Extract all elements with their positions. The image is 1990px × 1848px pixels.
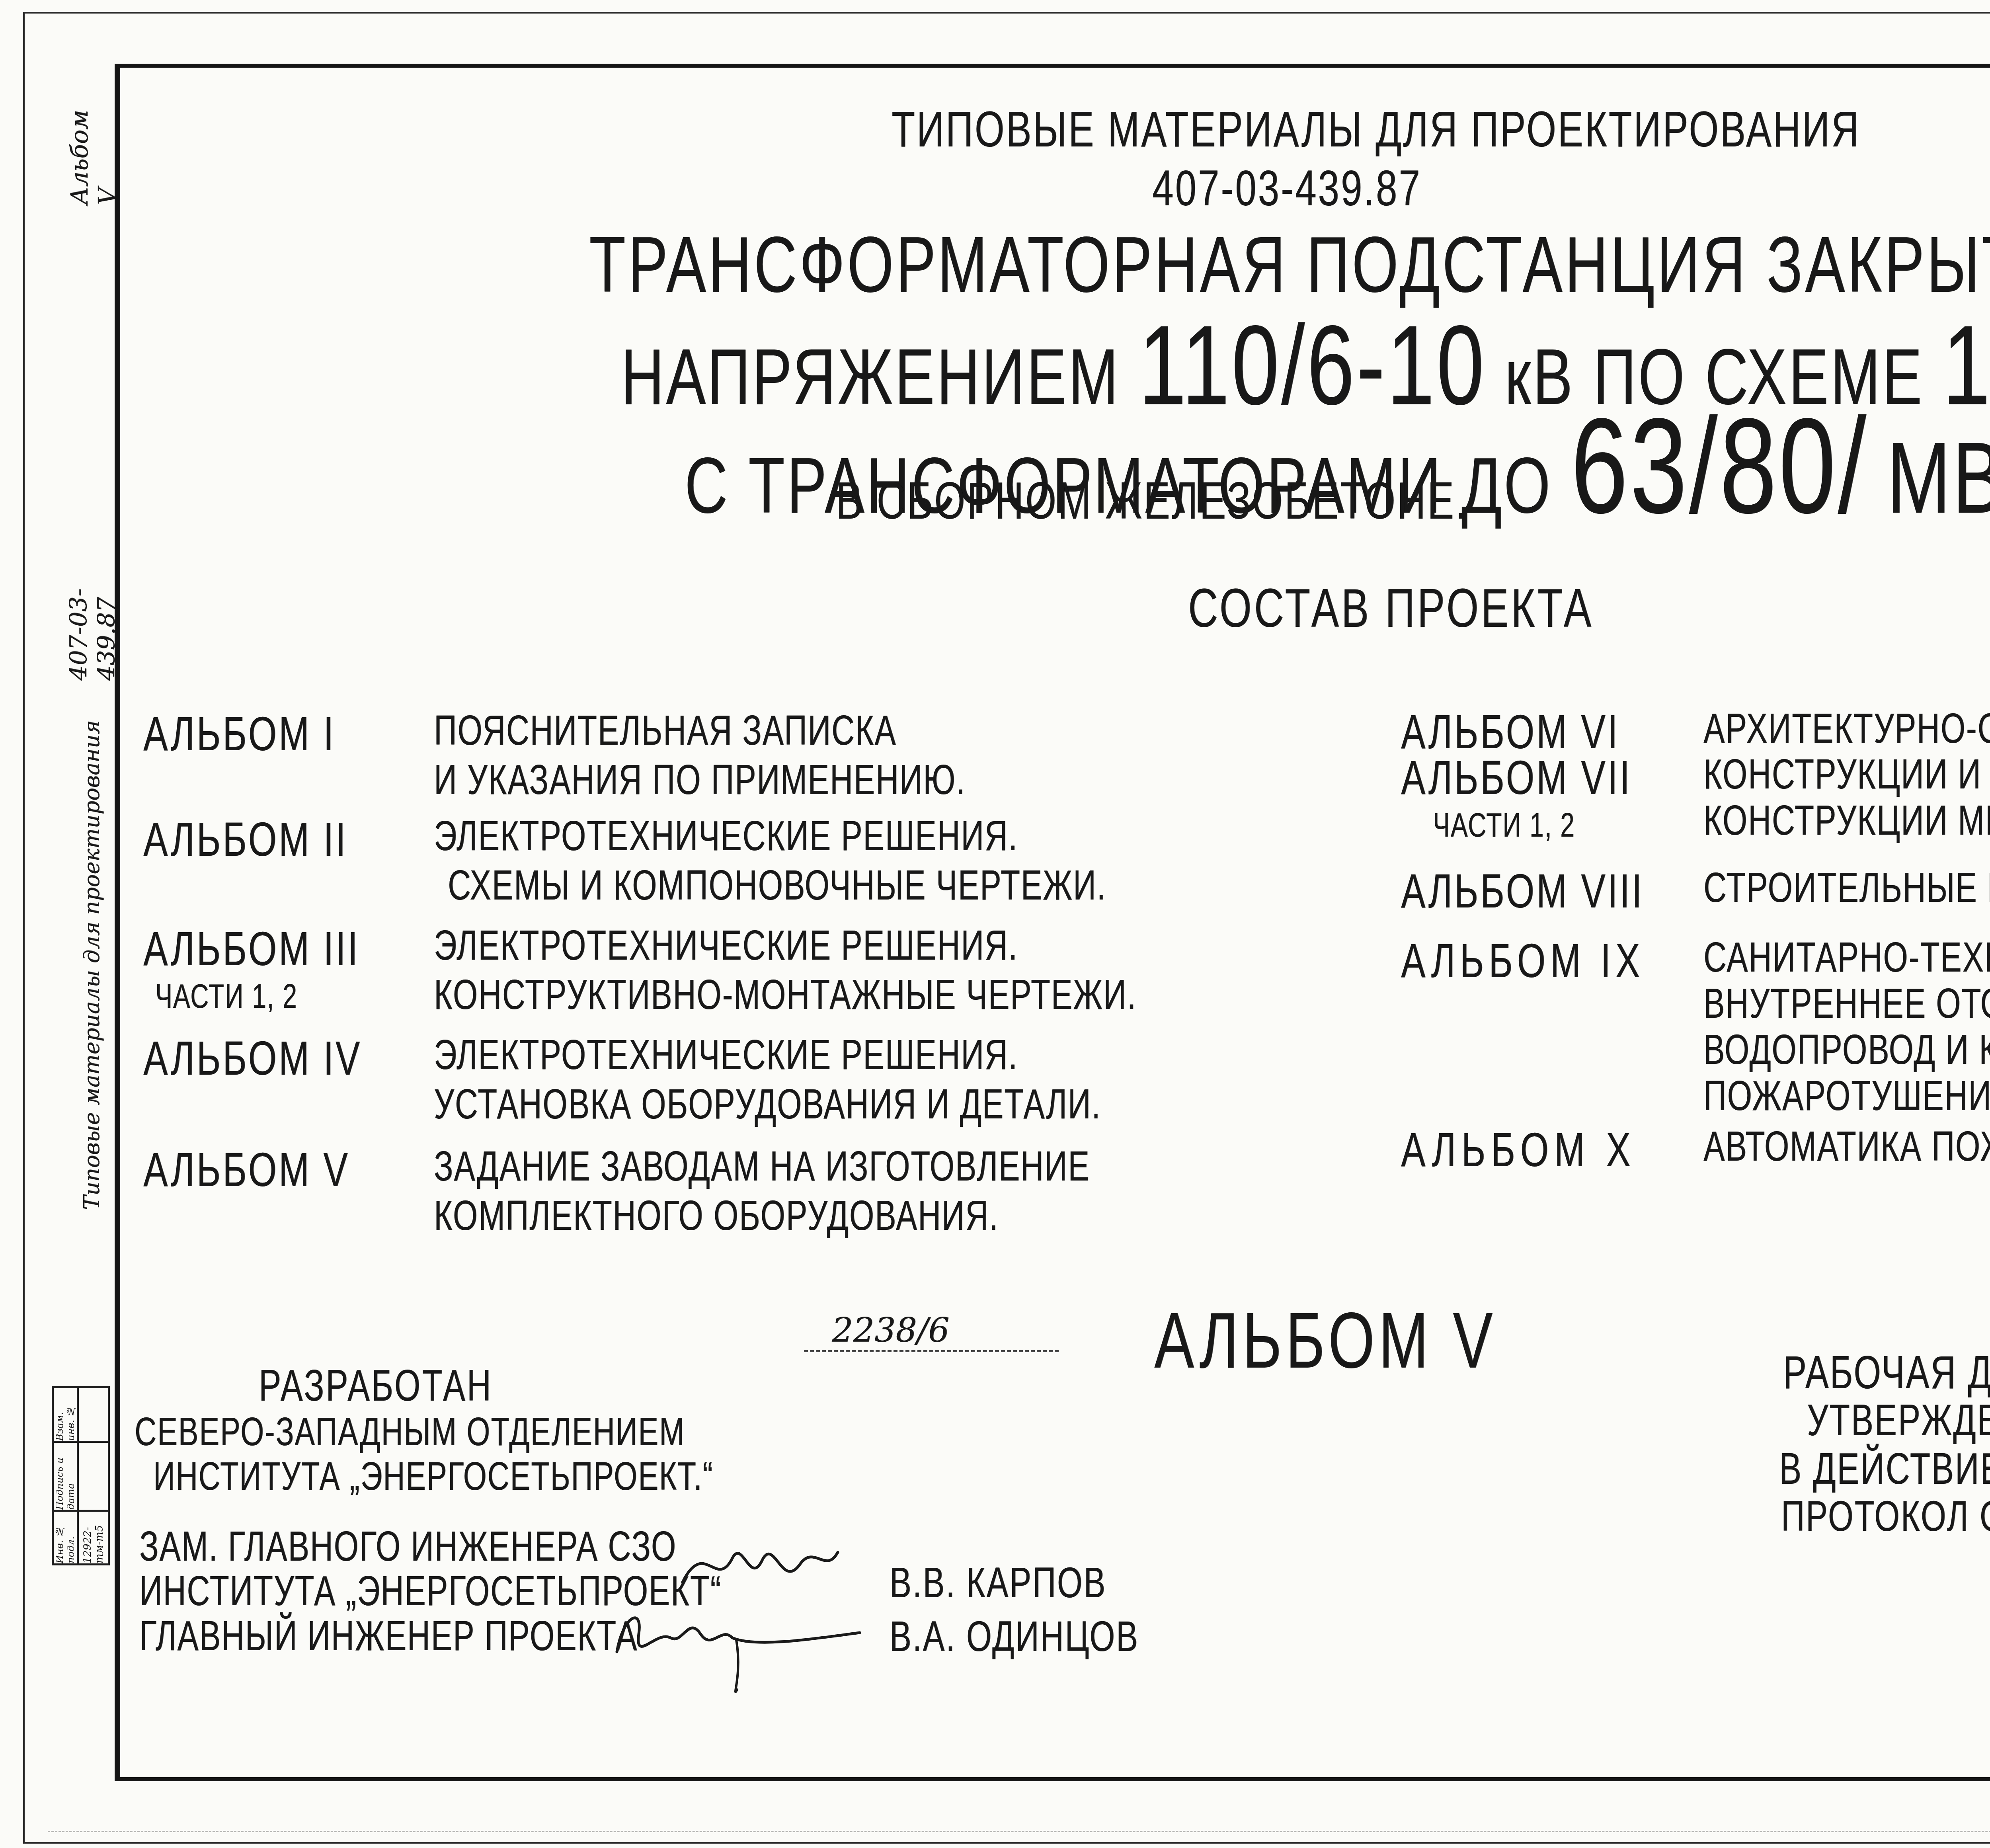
developed-line-2: СЕВЕРО-ЗАПАДНЫМ ОТДЕЛЕНИЕМ <box>135 1412 685 1452</box>
album-row-3: АЛЬБОМ III ЧАСТИ 1, 2 ЭЛЕКТРОТЕХНИЧЕСКИЕ… <box>143 921 1137 1020</box>
order-number: 2238/6 <box>832 1313 950 1347</box>
album-line: КОНСТРУКЦИИ МЕТАЛЛИЧЕСКИЕ. <box>1703 796 1990 857</box>
album-row-1: АЛЬБОМ I ПОЯСНИТЕЛЬНАЯ ЗАПИСКА И УКАЗАНИ… <box>143 706 966 805</box>
stamp-inventory-number: 12922-тм-т5 <box>79 1512 108 1563</box>
album-row-8: АЛЬБОМ VIII СТРОИТЕЛЬНЫЕ ИЗДЕЛИЯ. <box>1401 864 1990 910</box>
album-line: КОМПЛЕКТНОГО ОБОРУДОВАНИЯ. <box>434 1192 1090 1257</box>
album-line: АВТОМАТИКА ПОЖАРОТУШЕНИЯ. /ИЗ 407-03-441… <box>1703 1122 1990 1183</box>
signatory-name-2: В.А. ОДИНЦОВ <box>890 1615 1139 1658</box>
album-label: АЛЬБОМ X <box>1401 1122 1703 1178</box>
approval-line-3: В ДЕЙСТВИЕ МИНЭНЕРГО СССР <box>1779 1446 1990 1491</box>
series-header-title: ТИПОВЫЕ МАТЕРИАЛЫ ДЛЯ ПРОЕКТИРОВАНИЯ <box>892 104 1860 155</box>
composition-heading: СОСТАВ ПРОЕКТА <box>1188 581 1594 636</box>
album-line: СХЕМЫ И КОМПОНОВОЧНЫЕ ЧЕРТЕЖИ. <box>448 861 1106 927</box>
approval-line-2: УТВЕРЖДЕНА И ВВЕДЕНА <box>1807 1398 1990 1442</box>
album-line: СТРОИТЕЛЬНЫЕ ИЗДЕЛИЯ. <box>1703 864 1990 925</box>
album-row-10: АЛЬБОМ X АВТОМАТИКА ПОЖАРОТУШЕНИЯ. /ИЗ 4… <box>1401 1122 1990 1169</box>
album-label: АЛЬБОМ VII <box>1401 750 1703 806</box>
developed-line-1: РАЗРАБОТАН <box>259 1363 492 1407</box>
series-header-code: 407-03-439.87 <box>1152 163 1422 214</box>
approval-line-4: ПРОТОКОЛ ОТ 16.03.87, №16. <box>1781 1495 1990 1538</box>
main-title-line-4: В СБОРНОМ ЖЕЛЕЗОБЕТОНЕ. <box>836 474 1468 527</box>
album-row-4: АЛЬБОМ IV ЭЛЕКТРОТЕХНИЧЕСКИЕ РЕШЕНИЯ. УС… <box>143 1031 1101 1130</box>
official-line-1: ЗАМ. ГЛАВНОГО ИНЖЕНЕРА СЗО <box>139 1526 677 1568</box>
scan-artifact-line <box>48 1831 1990 1832</box>
album-line: КОНСТРУКТИВНО-МОНТАЖНЫЕ ЧЕРТЕЖИ. <box>434 971 1137 1036</box>
album-cover-title: АЛЬБОМ V <box>1154 1301 1496 1380</box>
title-power-unit: МВ.А <box>1887 421 1990 534</box>
album-row-7: АЛЬБОМ VII ЧАСТИ 1, 2 КОНСТРУКЦИИ И УЗЛЫ… <box>1401 750 1990 843</box>
official-line-3: ГЛАВНЫЙ ИНЖЕНЕР ПРОЕКТА <box>139 1615 638 1657</box>
album-row-9: АЛЬБОМ IX САНИТАРНО-ТЕХНИЧЕСКАЯ ЧАСТЬ. В… <box>1401 933 1990 1118</box>
stamp-block: Взам. инв. № Подпись и дата Инв. № подл.… <box>52 1386 110 1565</box>
album-label: АЛЬБОМ IV <box>143 1031 434 1086</box>
stamp-label-inv: Инв. № подл. <box>54 1512 77 1563</box>
margin-series-title: Типовые материалы для проектирования <box>66 673 117 1258</box>
album-label: АЛЬБОМ IX <box>1401 933 1703 989</box>
album-row-6: АЛЬБОМ VI АРХИТЕКТУРНО-СТРОИТЕЛЬНЫЕ РЕШЕ… <box>1401 704 1990 751</box>
album-label: АЛЬБОМ III <box>143 921 434 977</box>
margin-series-code: 407-03-439.87 <box>67 509 119 681</box>
developed-line-3: ИНСТИТУТА „ЭНЕРГОСЕТЬПРОЕКТ.“ <box>153 1457 714 1497</box>
signatory-name-1: В.В. КАРПОВ <box>890 1561 1106 1604</box>
title-power-value: 63/80/ <box>1571 390 1868 541</box>
album-row-5: АЛЬБОМ V ЗАДАНИЕ ЗАВОДАМ НА ИЗГОТОВЛЕНИЕ… <box>143 1142 1090 1241</box>
album-label: АЛЬБОМ V <box>143 1142 434 1198</box>
signature-odintsov <box>605 1588 868 1704</box>
album-line: УСТАНОВКА ОБОРУДОВАНИЯ И ДЕТАЛИ. <box>434 1080 1101 1145</box>
album-label: АЛЬБОМ VIII <box>1401 864 1703 919</box>
album-label: АЛЬБОМ II <box>143 812 434 867</box>
album-sublabel: ЧАСТИ 1, 2 <box>1433 806 1703 845</box>
album-line: И УКАЗАНИЯ ПО ПРИМЕНЕНИЮ. <box>434 756 966 821</box>
album-label: АЛЬБОМ I <box>143 706 434 762</box>
margin-album-label: Альбом V <box>68 101 119 205</box>
main-title-line-1: ТРАНСФОРМАТОРНАЯ ПОДСТАНЦИЯ ЗАКРЫТОГО ТИ… <box>589 225 1990 304</box>
stamp-label-vzam: Взам. инв. № <box>54 1388 77 1441</box>
order-underline <box>804 1350 1059 1352</box>
approval-line-1: РАБОЧАЯ ДОКУМЕНТАЦИЯ <box>1783 1349 1990 1395</box>
album-sublabel: ЧАСТИ 1, 2 <box>155 977 434 1016</box>
album-row-2: АЛЬБОМ II ЭЛЕКТРОТЕХНИЧЕСКИЕ РЕШЕНИЯ. СХ… <box>143 812 1106 911</box>
stamp-label-podpis: Подпись и дата <box>54 1443 77 1510</box>
drawing-title-sheet: Альбом V 407-03-439.87 Типовые материалы… <box>0 0 1990 1848</box>
